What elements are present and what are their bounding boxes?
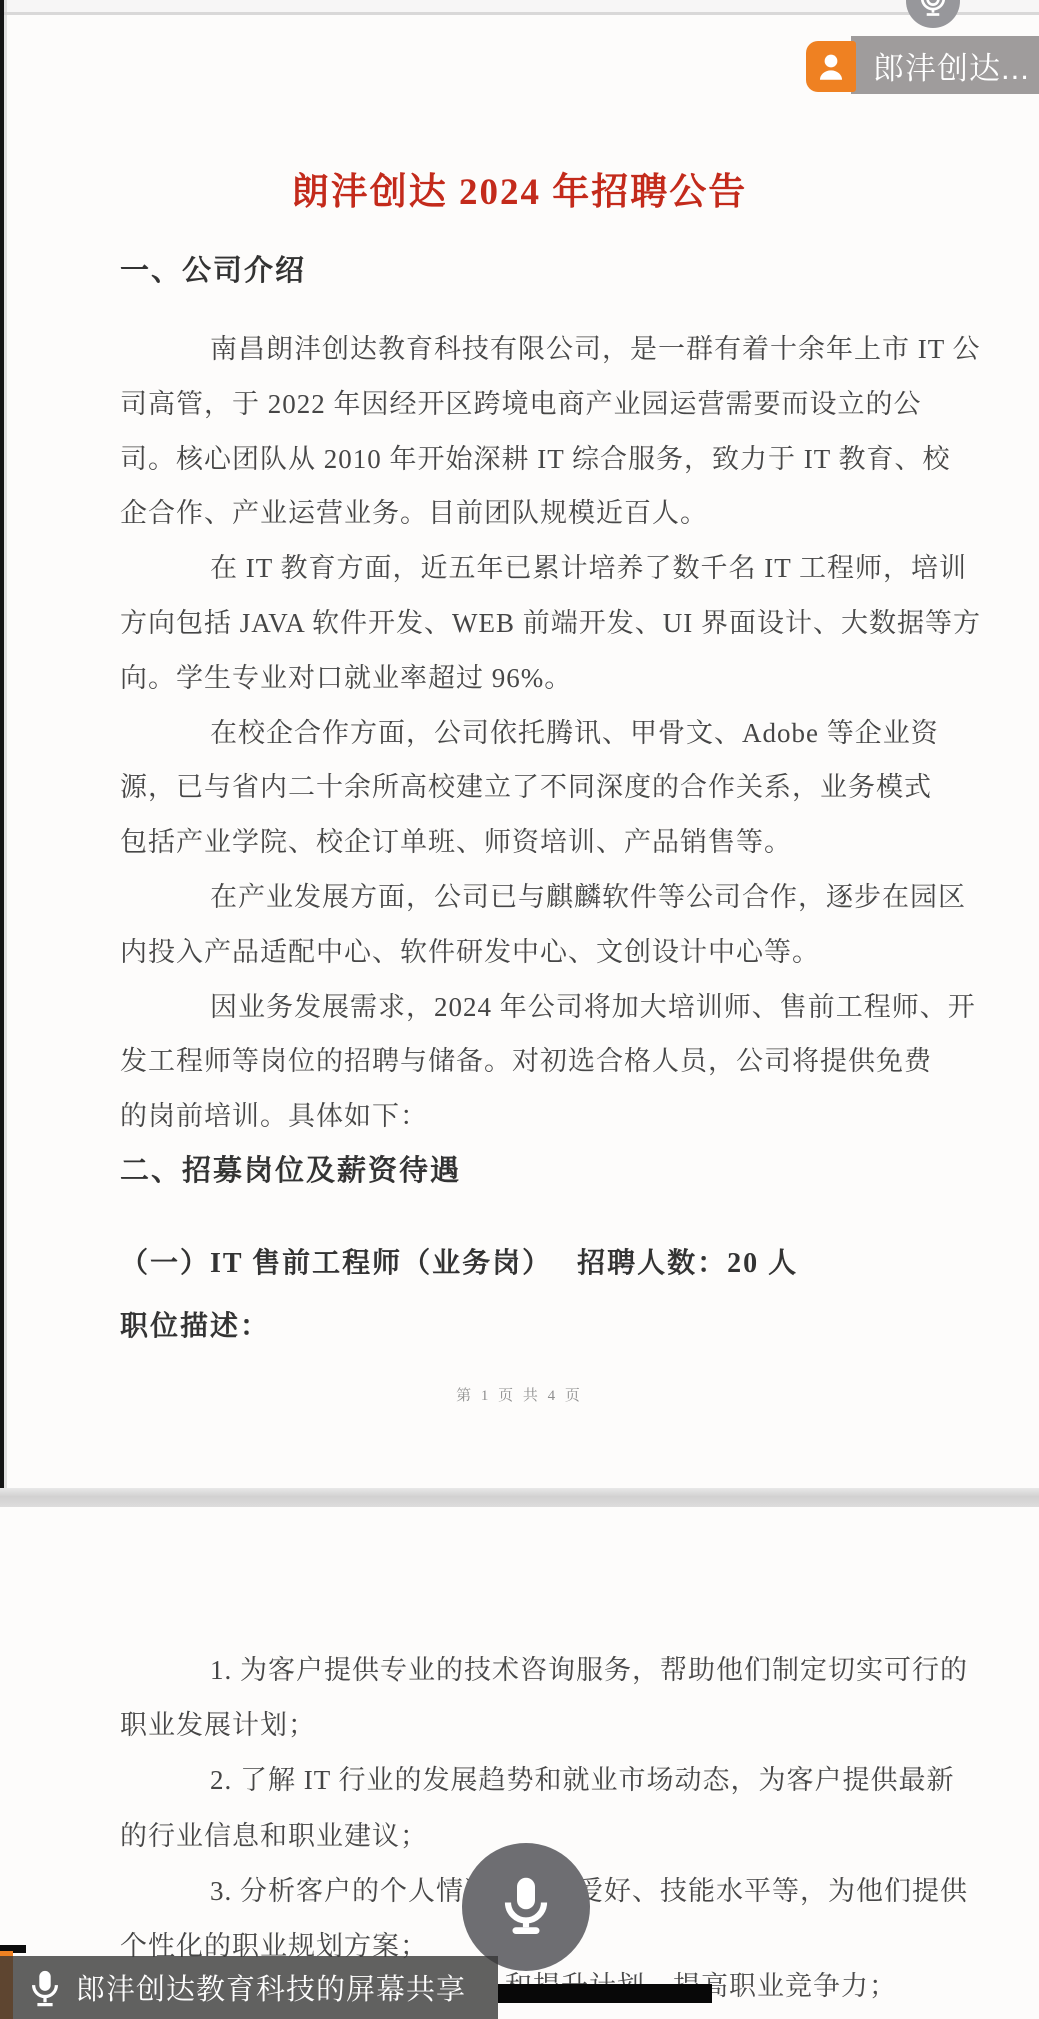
document-line: 司高管，于 2022 年因经开区跨境电商产业园运营需要而设立的公 <box>120 377 920 432</box>
top-mic-button[interactable] <box>906 0 960 28</box>
document-line: 在 IT 教育方面，近五年已累计培养了数千名 IT 工程师，培训 <box>120 541 920 596</box>
page1-body: 南昌朗沣创达教育科技有限公司，是一群有着十余年上市 IT 公司高管，于 2022… <box>120 322 920 1144</box>
document-line: 企合作、产业运营业务。目前团队规模近百人。 <box>120 486 920 541</box>
job-description-label: 职位描述： <box>120 1304 270 1344</box>
document-line: 发工程师等岗位的招聘与储备。对初选合格人员，公司将提供免费 <box>120 1034 920 1089</box>
document-line: 方向包括 JAVA 软件开发、WEB 前端开发、UI 界面设计、大数据等方 <box>120 596 920 651</box>
section-heading-company-intro: 一、公司介绍 <box>120 248 306 289</box>
person-icon <box>814 49 848 85</box>
document-line: 包括产业学院、校企订单班、师资培训、产品销售等。 <box>120 815 920 870</box>
document-line: 职业发展计划； <box>120 1698 920 1753</box>
document-line: 因业务发展需求，2024 年公司将加大培训师、售前工程师、开 <box>120 980 920 1035</box>
main-mic-button[interactable] <box>462 1843 590 1971</box>
document-line: 源，已与省内二十余所高校建立了不同深度的合作关系，业务模式 <box>120 760 920 815</box>
position-heading: （一）IT 售前工程师（业务岗） 招聘人数：20 人 <box>120 1241 798 1281</box>
document-line: 2. 了解 IT 行业的发展趋势和就业市场动态，为客户提供最新 <box>120 1753 920 1808</box>
document-line: 在产业发展方面，公司已与麒麟软件等公司合作，逐步在园区 <box>120 870 920 925</box>
page-number-footer: 第 1 页 共 4 页 <box>0 1384 1039 1405</box>
screen-share-view: 朗沣创达 2024 年招聘公告 一、公司介绍 南昌朗沣创达教育科技有限公司，是一… <box>0 0 1039 2019</box>
left-edge-shadow <box>4 0 7 1488</box>
participant-name-bar[interactable]: 郎沣创达... <box>851 36 1039 94</box>
document-line: 司。核心团队从 2010 年开始深耕 IT 综合服务，致力于 IT 教育、校 <box>120 432 920 487</box>
document-line: 在校企合作方面，公司依托腾讯、甲骨文、Adobe 等企业资 <box>120 706 920 761</box>
document-line: 向。学生专业对口就业率超过 96%。 <box>120 651 920 706</box>
participant-badge[interactable] <box>806 41 856 92</box>
document-line: 内投入产品适配中心、软件研发中心、文创设计中心等。 <box>120 925 920 980</box>
document-line: 的岗前培训。具体如下： <box>120 1089 920 1144</box>
participant-name: 郎沣创达... <box>851 43 1030 88</box>
document-line: 南昌朗沣创达教育科技有限公司，是一群有着十余年上市 IT 公 <box>120 322 920 377</box>
microphone-icon <box>915 0 951 19</box>
document-title: 朗沣创达 2024 年招聘公告 <box>0 161 1039 215</box>
microphone-icon <box>0 1968 64 2008</box>
page-break-gap <box>0 1488 1039 1507</box>
screen-share-text: 郎沣创达教育科技的屏幕共享 <box>76 1967 466 2008</box>
top-toolbar-edge <box>0 0 1039 15</box>
section-heading-positions: 二、招募岗位及薪资待遇 <box>120 1148 461 1189</box>
black-annotation-line <box>498 1984 712 2003</box>
document-line: 1. 为客户提供专业的技术咨询服务，帮助他们制定切实可行的 <box>120 1643 920 1698</box>
screen-share-banner[interactable]: 郎沣创达教育科技的屏幕共享 <box>0 1956 498 2019</box>
microphone-icon <box>490 1871 562 1943</box>
